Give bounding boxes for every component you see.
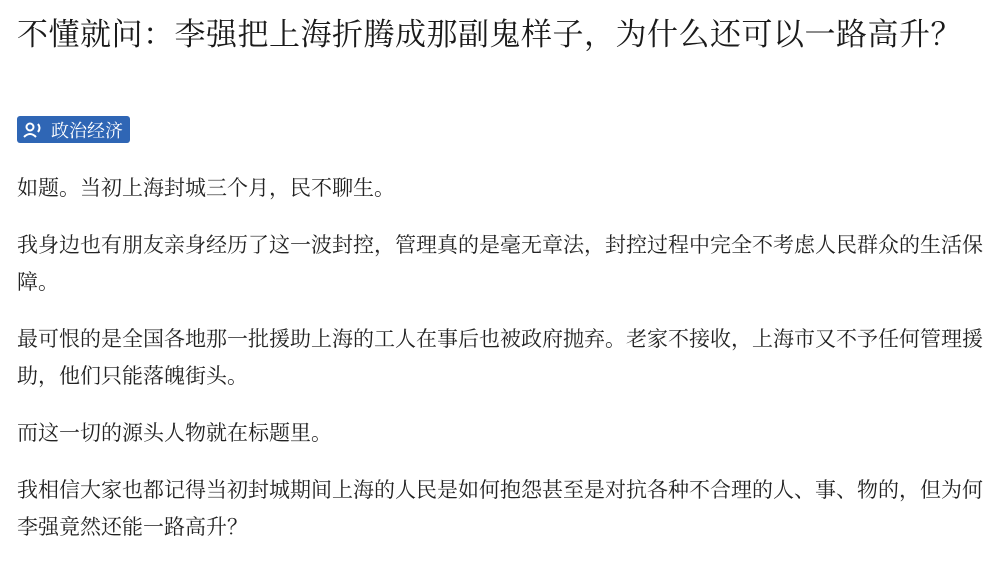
body-paragraph: 我相信大家也都记得当初封城期间上海的人民是如何抱怨甚至是对抗各种不合理的人、事、… bbox=[17, 472, 987, 546]
question-body: 如题。当初上海封城三个月，民不聊生。 我身边也有朋友亲身经历了这一波封控，管理真… bbox=[17, 170, 987, 566]
body-paragraph: 最可恨的是全国各地那一批援助上海的工人在事后也被政府抛弃。老家不接收，上海市又不… bbox=[17, 321, 987, 395]
body-paragraph: 我身边也有朋友亲身经历了这一波封控，管理真的是毫无章法，封控过程中完全不考虑人民… bbox=[17, 227, 987, 301]
topic-tag-label: 政治经济 bbox=[51, 117, 123, 143]
topic-tag[interactable]: 政治经济 bbox=[17, 116, 130, 143]
body-paragraph: 而这一切的源头人物就在标题里。 bbox=[17, 415, 987, 452]
discussion-people-icon bbox=[23, 121, 45, 139]
question-title: 不懂就问：李强把上海折腾成那副鬼样子，为什么还可以一路高升？ bbox=[17, 12, 992, 58]
body-paragraph: 如题。当初上海封城三个月，民不聊生。 bbox=[17, 170, 987, 207]
